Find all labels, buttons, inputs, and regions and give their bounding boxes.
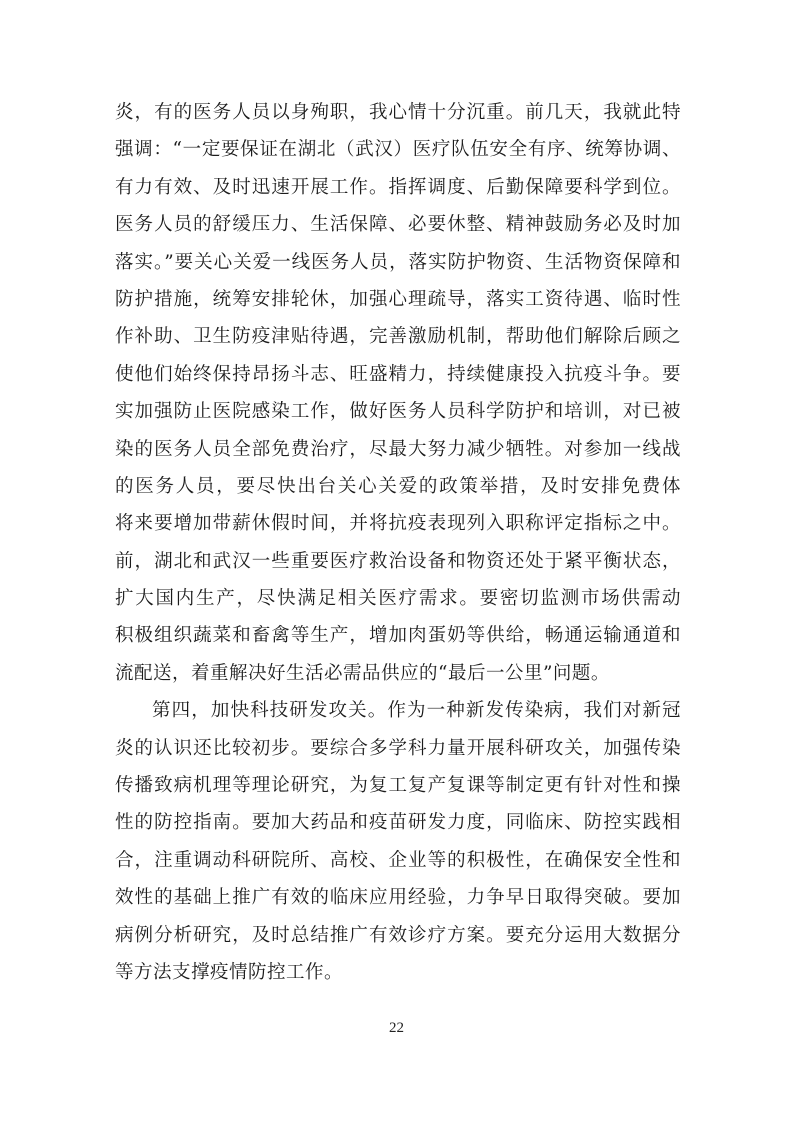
text-line: 病例分析研究，及时总结推广有效诊疗方案。要充分运用大数据分析 [115, 917, 681, 954]
text-line: 使他们始终保持昂扬斗志、旺盛精力，持续健康投入抗疫斗争。要切 [115, 356, 681, 393]
text-line: 防护措施，统筹安排轮休，加强心理疏导，落实工资待遇、临时性工 [115, 281, 681, 318]
text-line: 医务人员的舒缓压力、生活保障、必要休整、精神鼓励务必及时加强 [115, 206, 681, 243]
text-line: 合，注重调动科研院所、高校、企业等的积极性，在确保安全性和有 [115, 842, 681, 879]
text-line: 传播致病机理等理论研究，为复工复产复课等制定更有针对性和操作 [115, 767, 681, 804]
text-line: 等方法支撑疫情防控工作。 [115, 954, 681, 991]
text-line: 强调：“一定要保证在湖北（武汉）医疗队伍安全有序、统筹协调、 [115, 131, 681, 168]
text-line: 染的医务人员全部免费治疗，尽最大努力减少牺牲。对参加一线战斗 [115, 431, 681, 468]
text-line: 炎，有的医务人员以身殉职，我心情十分沉重。前几天，我就此特地 [115, 94, 681, 131]
text-line: 实加强防止医院感染工作，做好医务人员科学防护和培训，对已被感 [115, 393, 681, 430]
text-line: 扩大国内生产，尽快满足相关医疗需求。要密切监测市场供需动态， [115, 580, 681, 617]
text-line: 作补助、卫生防疫津贴待遇，完善激励机制，帮助他们解除后顾之忧， [115, 318, 681, 355]
text-line: 前，湖北和武汉一些重要医疗救治设备和物资还处于紧平衡状态，要 [115, 543, 681, 580]
text-line: 积极组织蔬菜和畜禽等生产，增加肉蛋奶等供给，畅通运输通道和物 [115, 617, 681, 654]
document-page: 炎，有的医务人员以身殉职，我心情十分沉重。前几天，我就此特地强调：“一定要保证在… [0, 0, 793, 1122]
text-line: 效性的基础上推广有效的临床应用经验，力争早日取得突破。要加强 [115, 879, 681, 916]
page-number: 22 [0, 1020, 793, 1037]
text-line: 落实。”要关心关爱一线医务人员，落实防护物资、生活物资保障和 [115, 244, 681, 281]
text-line: 的医务人员，要尽快出台关心关爱的政策举措，及时安排免费体检， [115, 468, 681, 505]
body-text: 炎，有的医务人员以身殉职，我心情十分沉重。前几天，我就此特地强调：“一定要保证在… [115, 94, 681, 991]
text-line: 流配送，着重解决好生活必需品供应的“最后一公里”问题。 [115, 655, 681, 692]
text-line: 有力有效、及时迅速开展工作。指挥调度、后勤保障要科学到位。对 [115, 169, 681, 206]
text-line: 炎的认识还比较初步。要综合多学科力量开展科研攻关，加强传染源、 [115, 730, 681, 767]
text-line: 将来要增加带薪休假时间，并将抗疫表现列入职称评定指标之中。当 [115, 505, 681, 542]
text-line: 第四，加快科技研发攻关。作为一种新发传染病，我们对新冠肺 [115, 692, 681, 729]
text-line: 性的防控指南。要加大药品和疫苗研发力度，同临床、防控实践相结 [115, 804, 681, 841]
